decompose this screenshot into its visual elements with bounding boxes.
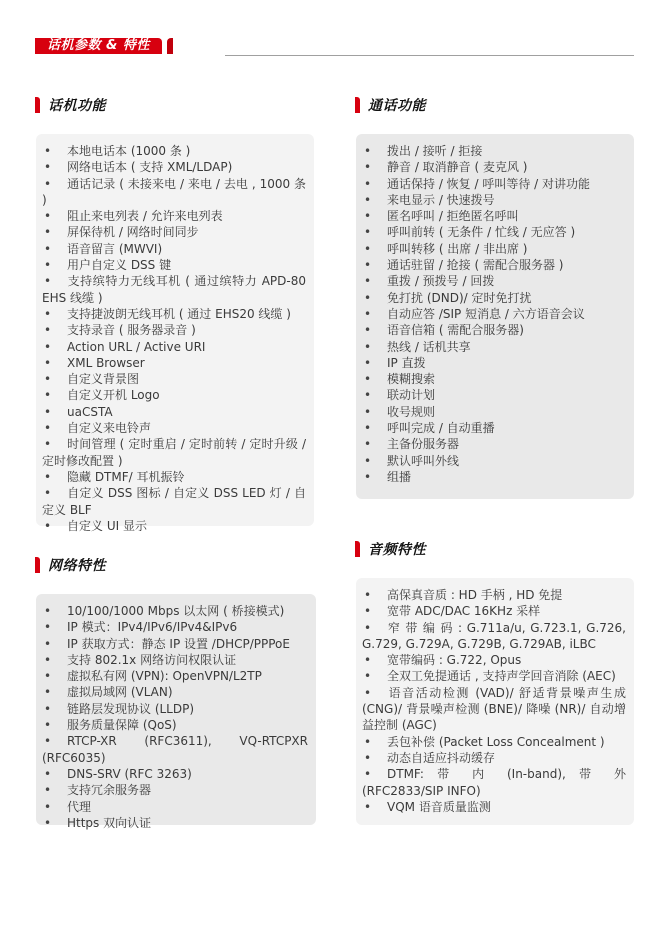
- section-marker-icon: [35, 97, 40, 113]
- bullet-icon: •: [42, 420, 67, 436]
- bullet-icon: •: [42, 143, 67, 159]
- feature-list-item: •VQM 语音质量监测: [362, 799, 626, 815]
- feature-text: 动态自适应抖动缓存: [387, 751, 495, 765]
- feature-text: DTMF: 带 内 (In-band), 带 外 (RFC2833/SIP IN…: [362, 767, 626, 797]
- feature-list-item: •代理: [42, 799, 308, 815]
- bullet-icon: •: [362, 420, 387, 436]
- feature-text: XML Browser: [67, 356, 145, 370]
- feature-list-item: •时间管理 ( 定时重启 / 定时前转 / 定时升级 / 定时修改配置 ): [42, 436, 306, 469]
- section-header-network: 网络特性: [35, 557, 106, 573]
- feature-text: 用户自定义 DSS 键: [67, 258, 171, 272]
- bullet-icon: •: [42, 518, 67, 534]
- feature-list-item: •服务质量保障 (QoS): [42, 717, 308, 733]
- feature-text: 支持捷波朗无线耳机 ( 通过 EHS20 线缆 ): [67, 307, 291, 321]
- feature-list-item: •IP 模式：IPv4/IPv6/IPv4&IPv6: [42, 619, 308, 635]
- feature-list-item: •用户自定义 DSS 键: [42, 257, 306, 273]
- feature-list-item: •Https 双向认证: [42, 815, 308, 831]
- feature-list-item: •匿名呼叫 / 拒绝匿名呼叫: [362, 208, 626, 224]
- feature-list-item: •主备份服务器: [362, 436, 626, 452]
- network-features-list: •10/100/1000 Mbps 以太网 ( 桥接模式)•IP 模式：IPv4…: [42, 603, 308, 831]
- bullet-icon: •: [362, 469, 387, 485]
- feature-list-item: •支持 802.1x 网络访问权限认证: [42, 652, 308, 668]
- bullet-icon: •: [42, 371, 67, 387]
- bullet-icon: •: [42, 652, 67, 668]
- bullet-icon: •: [42, 766, 67, 782]
- feature-text: 主备份服务器: [387, 437, 459, 451]
- feature-list-item: •热线 / 话机共享: [362, 339, 626, 355]
- feature-text: 自定义 DSS 图标 / 自定义 DSS LED 灯 / 自定义 BLF: [42, 486, 306, 516]
- feature-list-item: •模糊搜索: [362, 371, 626, 387]
- feature-text: 链路层发现协议 (LLDP): [67, 702, 194, 716]
- bullet-icon: •: [42, 322, 67, 338]
- bullet-icon: •: [362, 290, 387, 306]
- feature-text: 语音活动检测 (VAD)/ 舒适背景噪声生成 (CNG)/ 背景噪声检测 (BN…: [362, 686, 626, 733]
- feature-list-item: •支持录音 ( 服务器录音 ): [42, 322, 306, 338]
- feature-list-item: •呼叫前转 ( 无条件 / 忙线 / 无应答 ): [362, 224, 626, 240]
- feature-list-item: •通话记录 ( 未接来电 / 来电 / 去电 , 1000 条 ): [42, 176, 306, 209]
- bullet-icon: •: [42, 224, 67, 240]
- feature-list-item: •默认呼叫外线: [362, 453, 626, 469]
- feature-text: 自定义开机 Logo: [67, 388, 160, 402]
- bullet-icon: •: [362, 603, 387, 619]
- feature-text: IP 模式：IPv4/IPv6/IPv4&IPv6: [67, 620, 237, 634]
- feature-list-item: •高保真音质 : HD 手柄 , HD 免提: [362, 587, 626, 603]
- feature-list-item: •通话驻留 / 抢接 ( 需配合服务器 ): [362, 257, 626, 273]
- feature-list-item: •丢包补偿 (Packet Loss Concealment ): [362, 734, 626, 750]
- bullet-icon: •: [42, 257, 67, 273]
- feature-list-item: •组播: [362, 469, 626, 485]
- feature-list-item: •窄 带 编 码 : G.711a/u, G.723.1, G.726, G.7…: [362, 620, 626, 653]
- feature-text: 丢包补偿 (Packet Loss Concealment ): [387, 735, 605, 749]
- section-header-audio: 音频特性: [355, 541, 426, 557]
- feature-text: 自定义 UI 显示: [67, 519, 147, 533]
- feature-text: 收号规则: [387, 405, 435, 419]
- feature-list-item: •全双工免提通话 , 支持声学回音消除 (AEC): [362, 668, 626, 684]
- feature-text: 虚拟私有网 (VPN): OpenVPN/L2TP: [67, 669, 262, 683]
- bullet-icon: •: [42, 782, 67, 798]
- bullet-icon: •: [362, 371, 387, 387]
- feature-list-item: •自定义开机 Logo: [42, 387, 306, 403]
- feature-text: 虚拟局域网 (VLAN): [67, 685, 173, 699]
- bullet-icon: •: [42, 469, 67, 485]
- feature-text: 自动应答 /SIP 短消息 / 六方语音会议: [387, 307, 585, 321]
- page-banner: 话机参数 & 特性: [35, 38, 173, 54]
- bullet-icon: •: [362, 620, 387, 636]
- feature-text: 全双工免提通话 , 支持声学回音消除 (AEC): [387, 669, 616, 683]
- feature-list-item: •呼叫完成 / 自动重播: [362, 420, 626, 436]
- feature-list-item: •阻止来电列表 / 允许来电列表: [42, 208, 306, 224]
- feature-text: 高保真音质 : HD 手柄 , HD 免提: [387, 588, 562, 602]
- feature-text: 默认呼叫外线: [387, 454, 459, 468]
- feature-list-item: •隐藏 DTMF/ 耳机振铃: [42, 469, 306, 485]
- feature-list-item: •静音 / 取消静音 ( 麦克风 ): [362, 159, 626, 175]
- feature-text: 支持冗余服务器: [67, 783, 151, 797]
- bullet-icon: •: [362, 143, 387, 159]
- feature-text: 代理: [67, 800, 91, 814]
- audio-features-box: •高保真音质 : HD 手柄 , HD 免提•宽带 ADC/DAC 16KHz …: [356, 578, 634, 825]
- feature-text: 10/100/1000 Mbps 以太网 ( 桥接模式): [67, 604, 284, 618]
- bullet-icon: •: [42, 717, 67, 733]
- bullet-icon: •: [362, 453, 387, 469]
- feature-list-item: •宽带编码 : G.722, Opus: [362, 652, 626, 668]
- bullet-icon: •: [42, 733, 67, 749]
- bullet-icon: •: [362, 257, 387, 273]
- feature-text: RTCP-XR (RFC3611), VQ-RTCPXR (RFC6035): [42, 734, 308, 764]
- feature-text: 自定义背景图: [67, 372, 139, 386]
- bullet-icon: •: [362, 436, 387, 452]
- bullet-icon: •: [362, 339, 387, 355]
- bullet-icon: •: [42, 485, 67, 501]
- bullet-icon: •: [42, 436, 67, 452]
- feature-text: 服务质量保障 (QoS): [67, 718, 177, 732]
- feature-text: 组播: [387, 470, 411, 484]
- bullet-icon: •: [42, 176, 67, 192]
- section-title-phone: 话机功能: [48, 95, 106, 115]
- bullet-icon: •: [362, 387, 387, 403]
- bullet-icon: •: [362, 241, 387, 257]
- feature-list-item: •免打扰 (DND)/ 定时免打扰: [362, 290, 626, 306]
- feature-list-item: •拨出 / 接听 / 拒接: [362, 143, 626, 159]
- call-features-box: •拨出 / 接听 / 拒接•静音 / 取消静音 ( 麦克风 )•通话保持 / 恢…: [356, 134, 634, 499]
- bullet-icon: •: [362, 750, 387, 766]
- section-marker-icon: [355, 541, 360, 557]
- feature-list-item: •本地电话本 (1000 条 ): [42, 143, 306, 159]
- section-title-audio: 音频特性: [368, 539, 426, 559]
- section-title-network: 网络特性: [48, 555, 106, 575]
- feature-text: 免打扰 (DND)/ 定时免打扰: [387, 291, 532, 305]
- bullet-icon: •: [42, 339, 67, 355]
- feature-text: 模糊搜索: [387, 372, 435, 386]
- feature-text: 语音信箱 ( 需配合服务器): [387, 323, 524, 337]
- feature-text: DNS-SRV (RFC 3263): [67, 767, 192, 781]
- bullet-icon: •: [362, 404, 387, 420]
- page-title: 话机参数 & 特性: [35, 38, 162, 54]
- feature-text: 本地电话本 (1000 条 ): [67, 144, 190, 158]
- section-header-call: 通话功能: [355, 97, 426, 113]
- feature-text: 拨出 / 接听 / 拒接: [387, 144, 482, 158]
- feature-list-item: •动态自适应抖动缓存: [362, 750, 626, 766]
- feature-list-item: •语音留言 (MWVI): [42, 241, 306, 257]
- bullet-icon: •: [362, 192, 387, 208]
- bullet-icon: •: [362, 208, 387, 224]
- feature-text: 通话保持 / 恢复 / 呼叫等待 / 对讲功能: [387, 177, 590, 191]
- bullet-icon: •: [362, 176, 387, 192]
- bullet-icon: •: [42, 701, 67, 717]
- feature-list-item: •自定义来电铃声: [42, 420, 306, 436]
- feature-list-item: •支持捷波朗无线耳机 ( 通过 EHS20 线缆 ): [42, 306, 306, 322]
- bullet-icon: •: [42, 668, 67, 684]
- feature-list-item: •语音活动检测 (VAD)/ 舒适背景噪声生成 (CNG)/ 背景噪声检测 (B…: [362, 685, 626, 734]
- feature-list-item: •来电显示 / 快速拨号: [362, 192, 626, 208]
- feature-list-item: •DTMF: 带 内 (In-band), 带 外 (RFC2833/SIP I…: [362, 766, 626, 799]
- banner-tab-decoration: [167, 38, 173, 54]
- feature-list-item: •联动计划: [362, 387, 626, 403]
- bullet-icon: •: [362, 685, 387, 701]
- bullet-icon: •: [42, 355, 67, 371]
- bullet-icon: •: [42, 273, 67, 289]
- feature-text: 语音留言 (MWVI): [67, 242, 162, 256]
- feature-text: 热线 / 话机共享: [387, 340, 471, 354]
- feature-list-item: •语音信箱 ( 需配合服务器): [362, 322, 626, 338]
- bullet-icon: •: [42, 159, 67, 175]
- bullet-icon: •: [362, 322, 387, 338]
- bullet-icon: •: [42, 241, 67, 257]
- feature-list-item: •自定义 UI 显示: [42, 518, 306, 534]
- feature-list-item: •支持缤特力无线耳机 ( 通过缤特力 APD-80 EHS 线缆 ): [42, 273, 306, 306]
- feature-list-item: •IP 直拨: [362, 355, 626, 371]
- section-marker-icon: [355, 97, 360, 113]
- feature-text: IP 获取方式：静态 IP 设置 /DHCP/PPPoE: [67, 637, 290, 651]
- feature-list-item: •uaCSTA: [42, 404, 306, 420]
- bullet-icon: •: [42, 387, 67, 403]
- bullet-icon: •: [362, 159, 387, 175]
- feature-list-item: •自动应答 /SIP 短消息 / 六方语音会议: [362, 306, 626, 322]
- feature-text: 呼叫转移 ( 出席 / 非出席 ): [387, 242, 527, 256]
- bullet-icon: •: [362, 668, 387, 684]
- feature-text: 静音 / 取消静音 ( 麦克风 ): [387, 160, 527, 174]
- feature-list-item: •链路层发现协议 (LLDP): [42, 701, 308, 717]
- feature-list-item: •自定义背景图: [42, 371, 306, 387]
- feature-list-item: •XML Browser: [42, 355, 306, 371]
- feature-list-item: •网络电话本 ( 支持 XML/LDAP): [42, 159, 306, 175]
- bullet-icon: •: [42, 815, 67, 831]
- header-divider: [225, 55, 634, 56]
- feature-text: 通话驻留 / 抢接 ( 需配合服务器 ): [387, 258, 563, 272]
- feature-list-item: •宽带 ADC/DAC 16KHz 采样: [362, 603, 626, 619]
- feature-text: 阻止来电列表 / 允许来电列表: [67, 209, 223, 223]
- feature-text: 窄 带 编 码 : G.711a/u, G.723.1, G.726, G.72…: [362, 621, 626, 651]
- bullet-icon: •: [362, 766, 387, 782]
- bullet-icon: •: [362, 799, 387, 815]
- bullet-icon: •: [42, 799, 67, 815]
- feature-list-item: •通话保持 / 恢复 / 呼叫等待 / 对讲功能: [362, 176, 626, 192]
- feature-list-item: •屏保待机 / 网络时间同步: [42, 224, 306, 240]
- section-marker-icon: [35, 557, 40, 573]
- feature-list-item: •10/100/1000 Mbps 以太网 ( 桥接模式): [42, 603, 308, 619]
- feature-text: 宽带 ADC/DAC 16KHz 采样: [387, 604, 540, 618]
- feature-text: IP 直拨: [387, 356, 426, 370]
- feature-list-item: •虚拟私有网 (VPN): OpenVPN/L2TP: [42, 668, 308, 684]
- bullet-icon: •: [42, 306, 67, 322]
- feature-text: 来电显示 / 快速拨号: [387, 193, 495, 207]
- feature-list-item: •重拨 / 预拨号 / 回拨: [362, 273, 626, 289]
- section-header-phone: 话机功能: [35, 97, 106, 113]
- bullet-icon: •: [42, 684, 67, 700]
- feature-text: 隐藏 DTMF/ 耳机振铃: [67, 470, 185, 484]
- feature-text: 网络电话本 ( 支持 XML/LDAP): [67, 160, 232, 174]
- feature-text: uaCSTA: [67, 405, 113, 419]
- bullet-icon: •: [362, 652, 387, 668]
- feature-text: 呼叫前转 ( 无条件 / 忙线 / 无应答 ): [387, 225, 575, 239]
- bullet-icon: •: [362, 224, 387, 240]
- phone-features-box: •本地电话本 (1000 条 )•网络电话本 ( 支持 XML/LDAP)•通话…: [36, 134, 314, 526]
- feature-text: 自定义来电铃声: [67, 421, 151, 435]
- feature-text: 匿名呼叫 / 拒绝匿名呼叫: [387, 209, 519, 223]
- feature-list-item: •支持冗余服务器: [42, 782, 308, 798]
- bullet-icon: •: [42, 636, 67, 652]
- bullet-icon: •: [42, 404, 67, 420]
- feature-text: 支持缤特力无线耳机 ( 通过缤特力 APD-80 EHS 线缆 ): [42, 274, 306, 304]
- feature-text: 屏保待机 / 网络时间同步: [67, 225, 199, 239]
- feature-list-item: •DNS-SRV (RFC 3263): [42, 766, 308, 782]
- bullet-icon: •: [362, 734, 387, 750]
- bullet-icon: •: [362, 273, 387, 289]
- feature-text: 通话记录 ( 未接来电 / 来电 / 去电 , 1000 条 ): [42, 177, 306, 207]
- feature-text: 支持录音 ( 服务器录音 ): [67, 323, 196, 337]
- phone-features-list: •本地电话本 (1000 条 )•网络电话本 ( 支持 XML/LDAP)•通话…: [42, 143, 306, 534]
- bullet-icon: •: [362, 306, 387, 322]
- audio-features-list: •高保真音质 : HD 手柄 , HD 免提•宽带 ADC/DAC 16KHz …: [362, 587, 626, 815]
- bullet-icon: •: [362, 355, 387, 371]
- network-features-box: •10/100/1000 Mbps 以太网 ( 桥接模式)•IP 模式：IPv4…: [36, 594, 316, 825]
- feature-list-item: •Action URL / Active URI: [42, 339, 306, 355]
- bullet-icon: •: [362, 587, 387, 603]
- feature-list-item: •虚拟局域网 (VLAN): [42, 684, 308, 700]
- bullet-icon: •: [42, 208, 67, 224]
- feature-text: 支持 802.1x 网络访问权限认证: [67, 653, 236, 667]
- call-features-list: •拨出 / 接听 / 拒接•静音 / 取消静音 ( 麦克风 )•通话保持 / 恢…: [362, 143, 626, 485]
- bullet-icon: •: [42, 619, 67, 635]
- feature-text: Https 双向认证: [67, 816, 151, 830]
- feature-list-item: •收号规则: [362, 404, 626, 420]
- feature-text: VQM 语音质量监测: [387, 800, 491, 814]
- feature-list-item: •IP 获取方式：静态 IP 设置 /DHCP/PPPoE: [42, 636, 308, 652]
- feature-text: 呼叫完成 / 自动重播: [387, 421, 495, 435]
- feature-list-item: •自定义 DSS 图标 / 自定义 DSS LED 灯 / 自定义 BLF: [42, 485, 306, 518]
- section-title-call: 通话功能: [368, 95, 426, 115]
- feature-list-item: •呼叫转移 ( 出席 / 非出席 ): [362, 241, 626, 257]
- feature-list-item: •RTCP-XR (RFC3611), VQ-RTCPXR (RFC6035): [42, 733, 308, 766]
- feature-text: Action URL / Active URI: [67, 340, 205, 354]
- feature-text: 宽带编码 : G.722, Opus: [387, 653, 521, 667]
- feature-text: 重拨 / 预拨号 / 回拨: [387, 274, 494, 288]
- bullet-icon: •: [42, 603, 67, 619]
- feature-text: 联动计划: [387, 388, 435, 402]
- feature-text: 时间管理 ( 定时重启 / 定时前转 / 定时升级 / 定时修改配置 ): [42, 437, 306, 467]
